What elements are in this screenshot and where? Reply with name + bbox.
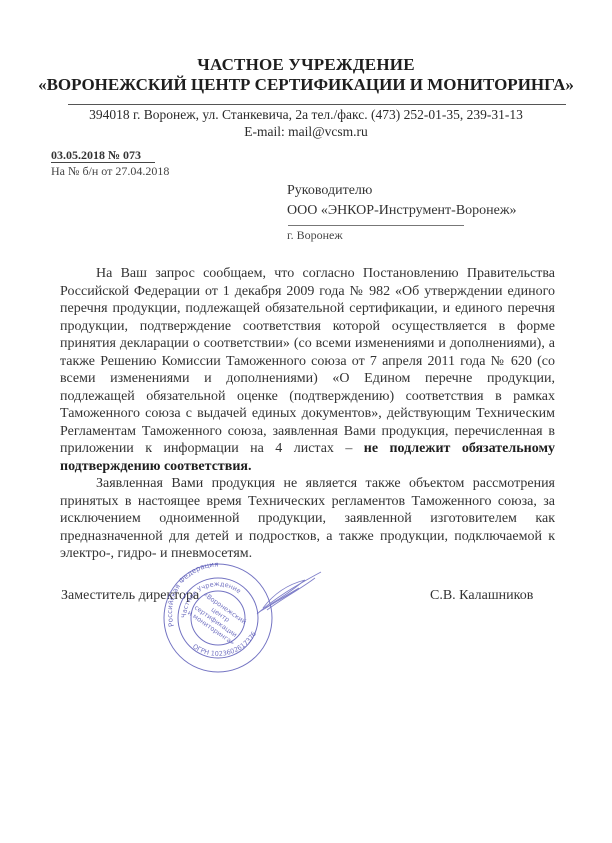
recipient-org: ООО «ЭНКОР-Инструмент-Воронеж» [287, 201, 517, 221]
reply-reference: На № б/н от 27.04.2018 [51, 164, 169, 179]
recipient-city: г. Воронеж [287, 228, 343, 243]
paragraph-1-text: На Ваш запрос сообщаем, что согласно Пос… [60, 266, 555, 456]
org-address: 394018 г. Воронеж, ул. Станкевича, 2а те… [0, 107, 612, 123]
paragraph-1: На Ваш запрос сообщаем, что согласно Пос… [60, 265, 555, 475]
outgoing-number: 03.05.2018 № 073 [51, 149, 155, 163]
recipient-title: Руководителю [287, 181, 517, 201]
letterhead-divider [68, 104, 566, 105]
paragraph-2: Заявленная Вами продукция не является та… [60, 475, 555, 563]
recipient-divider [288, 225, 464, 226]
letter-body: На Ваш запрос сообщаем, что согласно Пос… [60, 265, 555, 563]
org-type: ЧАСТНОЕ УЧРЕЖДЕНИЕ [0, 55, 612, 75]
signatory-name: С.В. Калашников [430, 588, 533, 604]
org-email: E-mail: mail@vcsm.ru [0, 124, 612, 140]
recipient-block: Руководителю ООО «ЭНКОР-Инструмент-Ворон… [287, 181, 517, 221]
org-name: «ВОРОНЕЖСКИЙ ЦЕНТР СЕРТИФИКАЦИИ И МОНИТО… [0, 75, 612, 95]
handwritten-signature-icon [255, 568, 325, 618]
